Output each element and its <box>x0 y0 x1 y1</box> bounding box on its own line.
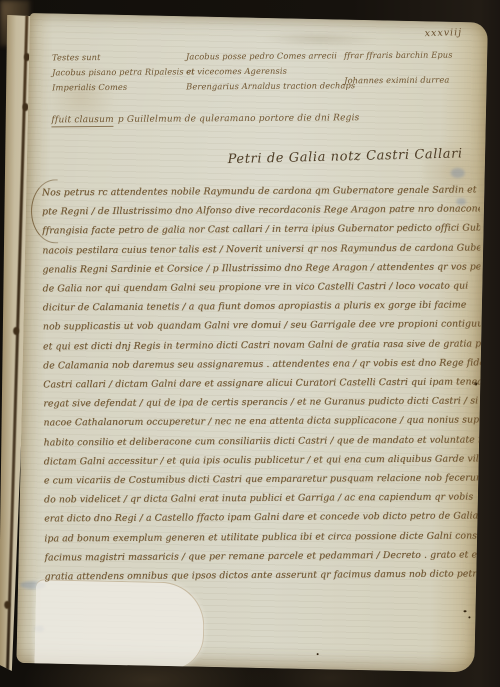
body-text: Nos petrus rc attendentes nobile Raymund… <box>42 180 483 586</box>
body-text-line: erat dicto dno Regi / a Castello ffacto … <box>44 507 482 529</box>
registration-note-underlined: ffuit clausum <box>51 115 114 127</box>
body-text-line: nacoe Cathalanorum occuperetur / nec ne … <box>43 411 481 433</box>
witness-name-line: Johannes eximini durrea <box>344 73 453 89</box>
witness-column-3: ffrar ffraris barchin Epus Johannes exim… <box>344 48 453 89</box>
witness-column-2: Jacobus posse pedro Comes arrecii et vic… <box>186 48 355 94</box>
body-text-line: nob supplicastis ut vob quandam Galni vr… <box>43 315 481 337</box>
witness-name-line: ffrar ffraris barchin Epus <box>344 48 453 64</box>
witness-list: Testes sunt Jacobus pisano petra Ripales… <box>52 47 472 50</box>
witness-name-line: et vicecomes Agerensis <box>186 63 355 79</box>
stitch-knot <box>4 601 10 609</box>
body-text-line: ffrangisia facte petro de galia nor Cast… <box>42 219 480 241</box>
handwriting-layer: Testes sunt Jacobus pisano petra Ripales… <box>27 13 488 664</box>
witness-name-line: Berengarius Arnaldus traction dechaps <box>186 78 355 94</box>
witness-name-line: Imperialis Comes <box>52 79 195 95</box>
registration-note-rest: p Guillelmum de quleramano portore die d… <box>118 113 360 125</box>
manuscript-photo: xxxviij Testes sunt Jacobus pisano petra… <box>0 0 500 687</box>
document-title: Petri de Galia notz Castri Callari <box>228 146 463 167</box>
witness-name-line: Jacobus pisano petra Ripalesis et <box>52 64 195 80</box>
stitch-knot <box>13 327 19 335</box>
witness-column-1: Testes sunt Jacobus pisano petra Ripales… <box>52 49 195 95</box>
witness-name-line: Testes sunt <box>52 49 195 65</box>
registration-note: ffuit clausump Guillelmum de quleramano … <box>51 113 359 125</box>
manuscript-page: xxxviij Testes sunt Jacobus pisano petra… <box>16 13 488 672</box>
witness-name-line: Jacobus posse pedro Comes arrecii <box>186 48 355 64</box>
body-text-line: gratia attendens omnibus que ipsos dicto… <box>45 564 483 586</box>
